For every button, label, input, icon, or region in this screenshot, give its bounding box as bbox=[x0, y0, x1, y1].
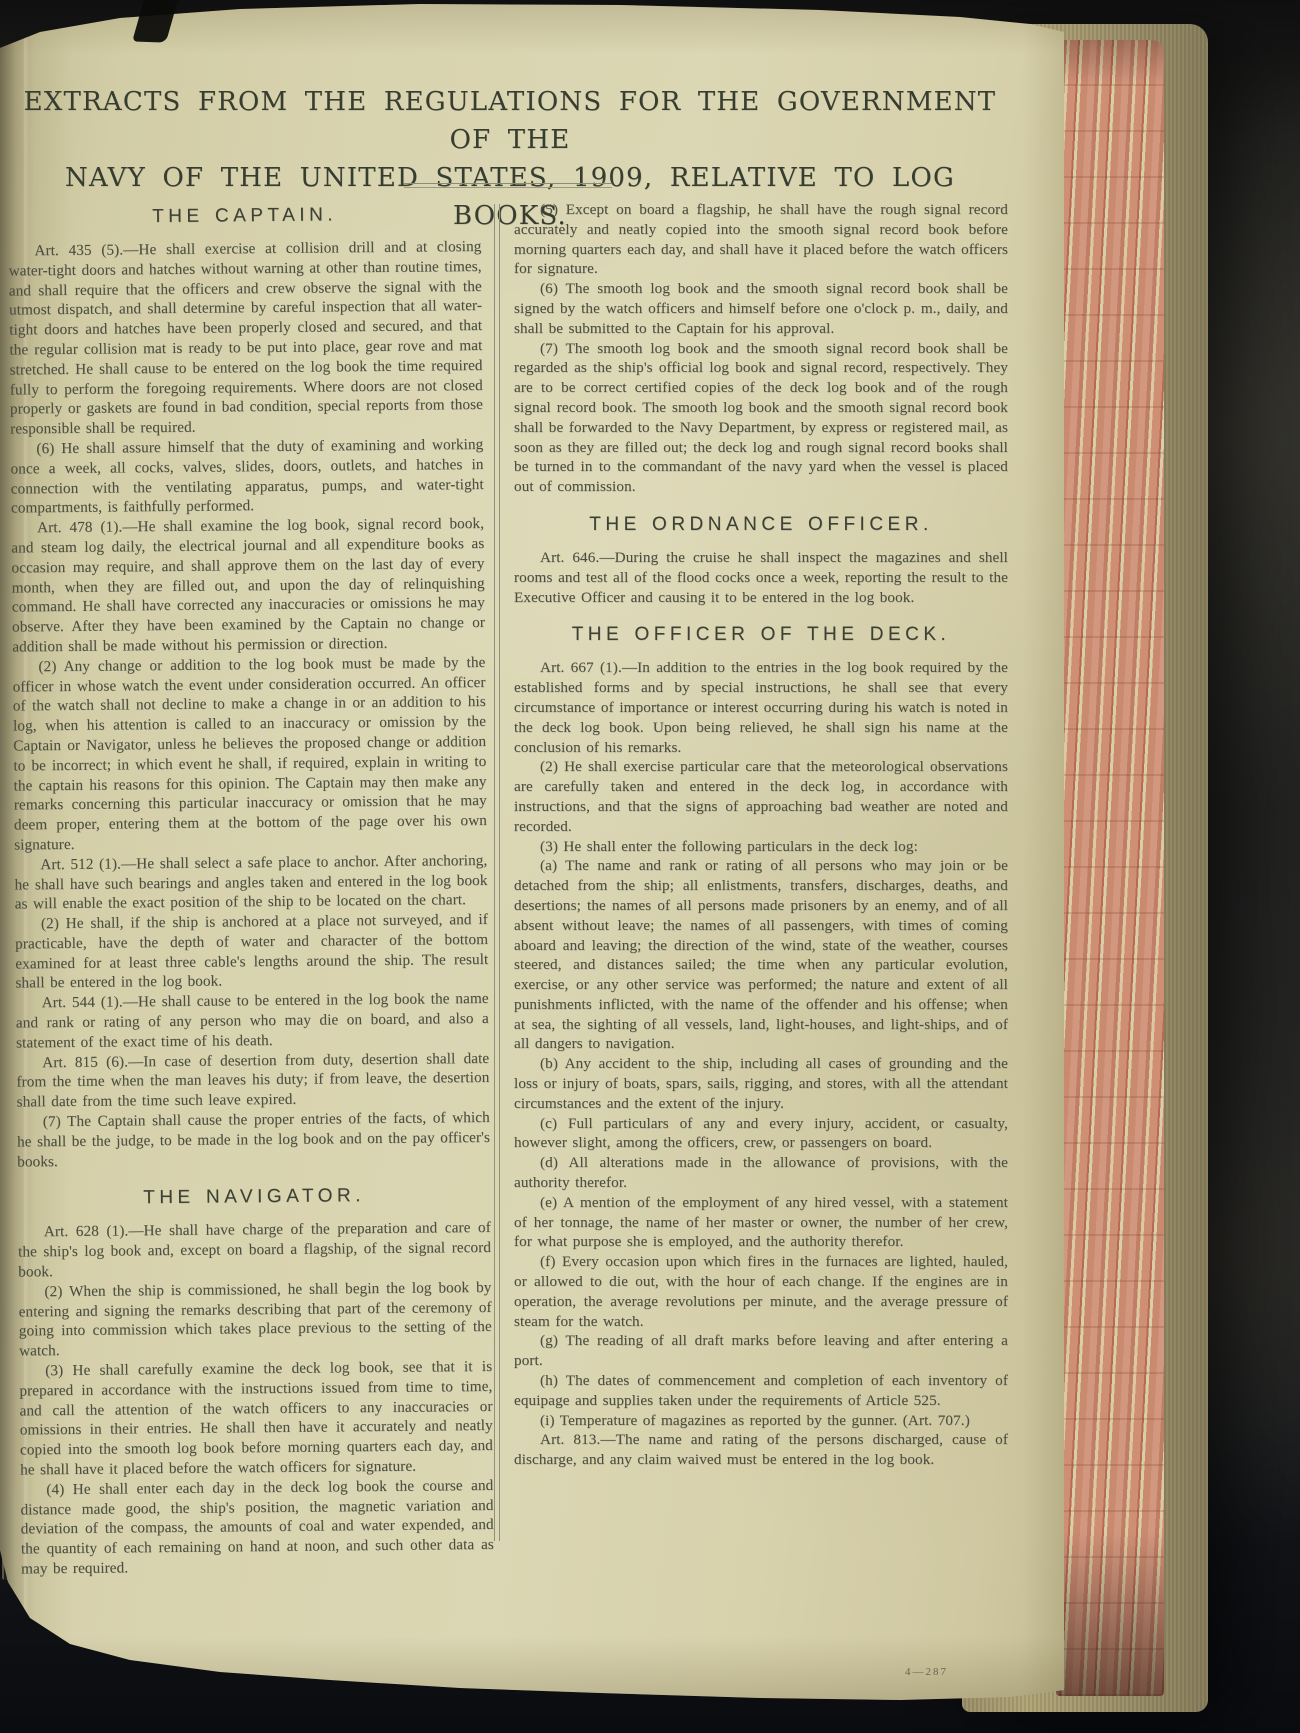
scanned-book-photo: EXTRACTS FROM THE REGULATIONS FOR THE GO… bbox=[0, 0, 1300, 1733]
section-heading-navigator: THE NAVIGATOR. bbox=[17, 1183, 490, 1212]
paragraph: (2) He shall, if the ship is anchored at… bbox=[15, 910, 489, 994]
paragraph: (h) The dates of commencement and comple… bbox=[514, 1371, 1008, 1411]
paragraph: Art. 544 (1).—He shall cause to be enter… bbox=[16, 989, 490, 1053]
column-divider-rule bbox=[494, 204, 500, 1541]
paragraph: (f) Every occasion upon which fires in t… bbox=[514, 1252, 1008, 1331]
page-signature-number: 4—287 bbox=[905, 1666, 948, 1678]
paragraph: (d) All alterations made in the allowanc… bbox=[514, 1153, 1008, 1193]
paragraph: Art. 646.—During the cruise he shall ins… bbox=[514, 548, 1008, 607]
paragraph: Art. 512 (1).—He shall select a safe pla… bbox=[14, 851, 488, 915]
paragraph: (2) He shall exercise particular care th… bbox=[514, 757, 1008, 836]
section-heading-captain: THE CAPTAIN. bbox=[8, 202, 481, 231]
page-edges-fore-edge bbox=[1056, 40, 1164, 1696]
paragraph: (c) Full particulars of any and every in… bbox=[514, 1114, 1008, 1154]
two-column-text-block: THE CAPTAIN. Art. 435 (5).—He shall exer… bbox=[8, 200, 1008, 1575]
paragraph: (6) He shall assure himself that the dut… bbox=[10, 435, 484, 519]
paragraph: Art. 435 (5).—He shall exercise at colli… bbox=[8, 237, 483, 440]
paragraph: (2) When the ship is commissioned, he sh… bbox=[18, 1278, 492, 1362]
paragraph: (3) He shall enter the following particu… bbox=[514, 837, 1008, 857]
paragraph: Art. 667 (1).—In addition to the entries… bbox=[514, 658, 1008, 757]
right-column: (5) Except on board a flagship, he shall… bbox=[514, 200, 1008, 1575]
paragraph: (2) Any change or addition to the log bo… bbox=[12, 653, 487, 856]
paragraph: (b) Any accident to the ship, including … bbox=[514, 1054, 1008, 1113]
paragraph: Art. 628 (1).—He shall have charge of th… bbox=[18, 1218, 492, 1282]
section-heading-officer-of-the-deck: THE OFFICER OF THE DECK. bbox=[514, 623, 1008, 647]
paragraph: (5) Except on board a flagship, he shall… bbox=[514, 200, 1008, 279]
paragraph: (7) The smooth log book and the smooth s… bbox=[514, 339, 1008, 497]
paragraph: (i) Temperature of magazines as reported… bbox=[514, 1411, 1008, 1431]
paragraph: (g) The reading of all draft marks befor… bbox=[514, 1331, 1008, 1371]
paragraph: (3) He shall carefully examine the deck … bbox=[19, 1357, 493, 1480]
title-rule bbox=[404, 183, 612, 188]
paragraph: Art. 815 (6).—In case of desertion from … bbox=[16, 1049, 490, 1113]
paragraph: Art. 813.—The name and rating of the per… bbox=[514, 1430, 1008, 1470]
paragraph: (a) The name and rank or rating of all p… bbox=[514, 856, 1008, 1054]
section-heading-ordnance-officer: THE ORDNANCE OFFICER. bbox=[514, 513, 1008, 537]
paragraph: (7) The Captain shall cause the proper e… bbox=[17, 1108, 491, 1172]
left-column: THE CAPTAIN. Art. 435 (5).—He shall exer… bbox=[8, 200, 494, 1579]
paragraph: Art. 478 (1).—He shall examine the log b… bbox=[11, 514, 485, 657]
book-page: EXTRACTS FROM THE REGULATIONS FOR THE GO… bbox=[0, 0, 1064, 1706]
paragraph: (6) The smooth log book and the smooth s… bbox=[514, 279, 1008, 338]
paragraph: (e) A mention of the employment of any h… bbox=[514, 1193, 1008, 1252]
title-line-1: EXTRACTS FROM THE REGULATIONS FOR THE GO… bbox=[10, 83, 1010, 159]
paragraph: (4) He shall enter each day in the deck … bbox=[20, 1476, 494, 1580]
